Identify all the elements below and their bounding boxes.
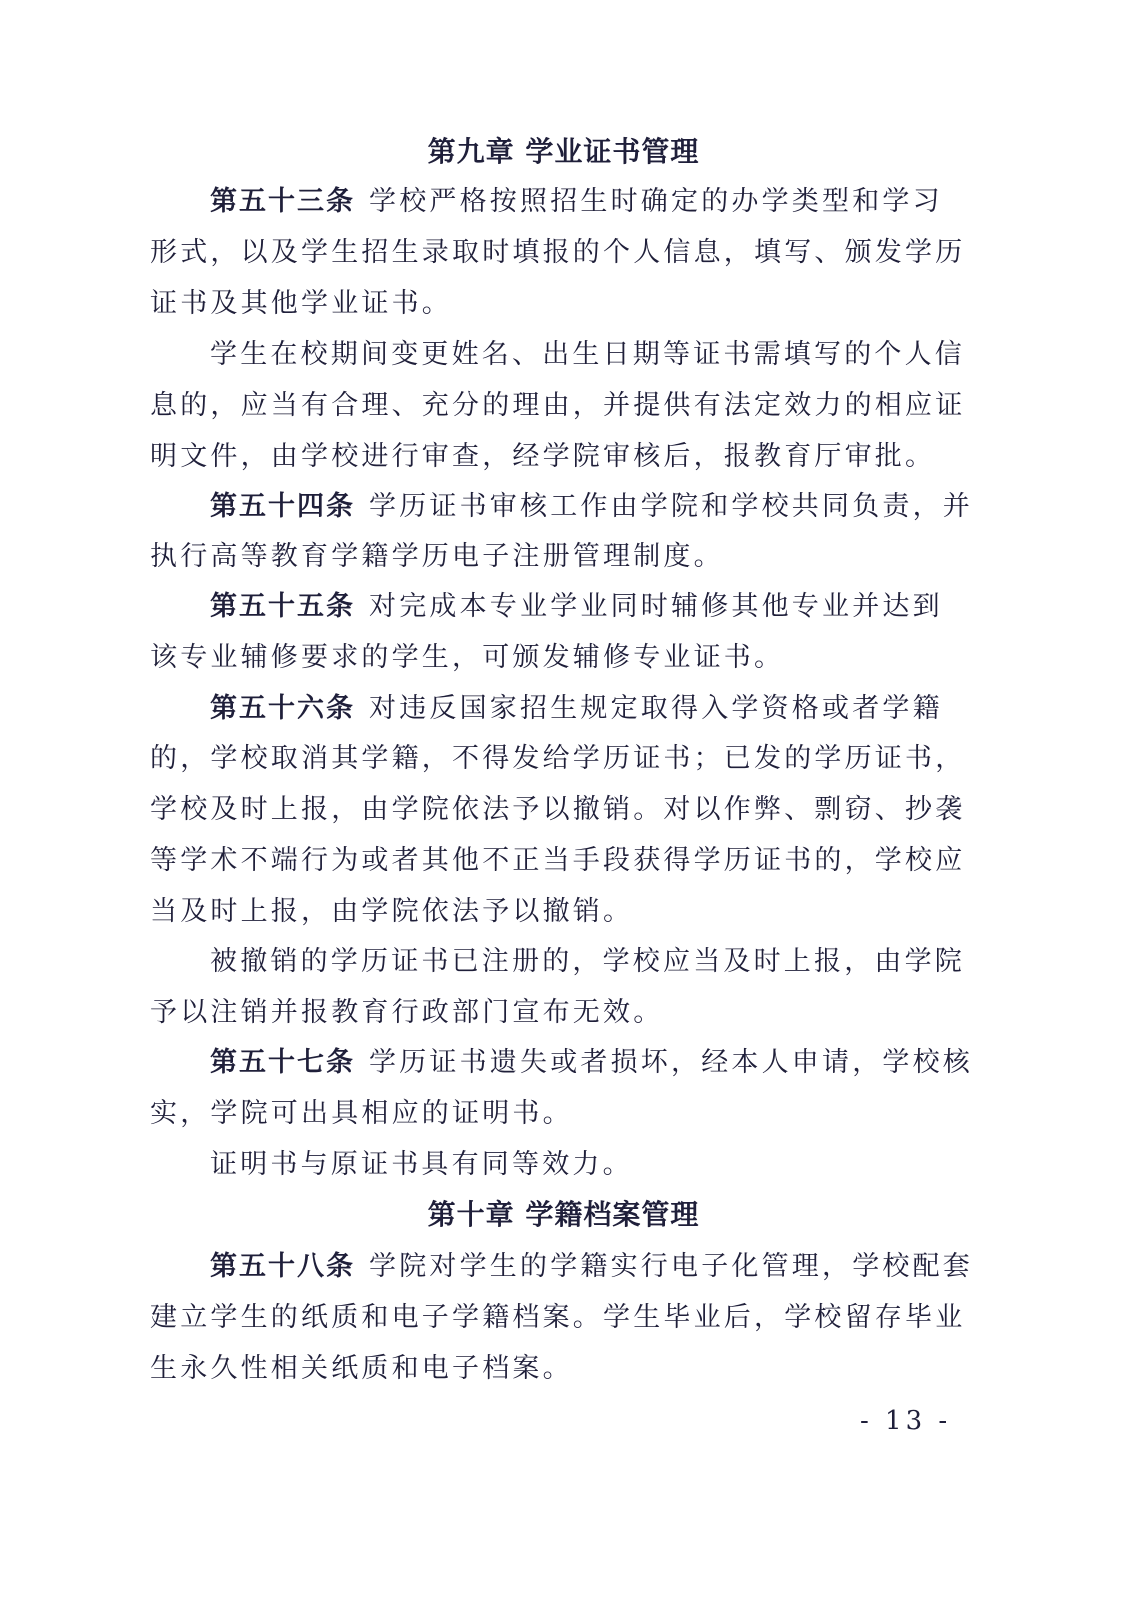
article-56-line-1: 第五十六条对违反国家招生规定取得入学资格或者学籍: [210, 692, 960, 726]
article-57-line-1: 第五十七条学历证书遗失或者损坏，经本人申请，学校核: [210, 1046, 960, 1080]
document-page: 第九章 学业证书管理 第五十三条学校严格按照招生时确定的办学类型和学习 形式，以…: [0, 0, 1127, 1600]
article-57-para2-line-1: 证明书与原证书具有同等效力。: [210, 1148, 960, 1182]
article-53-para2-line-3: 明文件，由学校进行审查，经学院审核后，报教育厅审批。: [150, 440, 960, 474]
article-56-line-5: 当及时上报，由学院依法予以撤销。: [150, 895, 960, 929]
article-56-para2-line-2: 予以注销并报教育行政部门宣布无效。: [150, 996, 960, 1030]
chapter-9-title: 第九章 学业证书管理: [0, 135, 1127, 169]
article-54-label: 第五十四条: [210, 491, 355, 522]
article-53-label: 第五十三条: [210, 186, 355, 217]
chapter-10-title: 第十章 学籍档案管理: [0, 1198, 1127, 1232]
article-55-label: 第五十五条: [210, 591, 355, 622]
article-57-line-2: 实，学院可出具相应的证明书。: [150, 1097, 960, 1131]
article-56-line-3: 学校及时上报，由学院依法予以撤销。对以作弊、剽窃、抄袭: [150, 793, 960, 827]
article-53-line-3: 证书及其他学业证书。: [150, 287, 960, 321]
article-56-label: 第五十六条: [210, 693, 355, 724]
article-53-line-2: 形式，以及学生招生录取时填报的个人信息，填写、颁发学历: [150, 236, 960, 270]
article-53-para2-line-1: 学生在校期间变更姓名、出生日期等证书需填写的个人信: [210, 338, 960, 372]
article-58-label: 第五十八条: [210, 1251, 355, 1282]
article-57-label: 第五十七条: [210, 1047, 355, 1078]
page-number: - 13 -: [860, 1405, 951, 1437]
article-58-line-1: 第五十八条学院对学生的学籍实行电子化管理，学校配套: [210, 1250, 960, 1284]
article-54-line-2: 执行高等教育学籍学历电子注册管理制度。: [150, 540, 960, 574]
article-58-line-2: 建立学生的纸质和电子学籍档案。学生毕业后，学校留存毕业: [150, 1301, 960, 1335]
article-53-para2-line-2: 息的，应当有合理、充分的理由，并提供有法定效力的相应证: [150, 389, 960, 423]
article-56-line-2: 的，学校取消其学籍，不得发给学历证书；已发的学历证书，: [150, 742, 960, 776]
article-56-para2-line-1: 被撤销的学历证书已注册的，学校应当及时上报，由学院: [210, 945, 960, 979]
article-53-line-1: 第五十三条学校严格按照招生时确定的办学类型和学习: [210, 185, 960, 219]
article-55-line-2: 该专业辅修要求的学生，可颁发辅修专业证书。: [150, 641, 960, 675]
article-54-line-1: 第五十四条学历证书审核工作由学院和学校共同负责，并: [210, 490, 960, 524]
article-58-line-3: 生永久性相关纸质和电子档案。: [150, 1352, 960, 1386]
article-55-line-1: 第五十五条对完成本专业学业同时辅修其他专业并达到: [210, 590, 960, 624]
article-56-line-4: 等学术不端行为或者其他不正当手段获得学历证书的，学校应: [150, 844, 960, 878]
